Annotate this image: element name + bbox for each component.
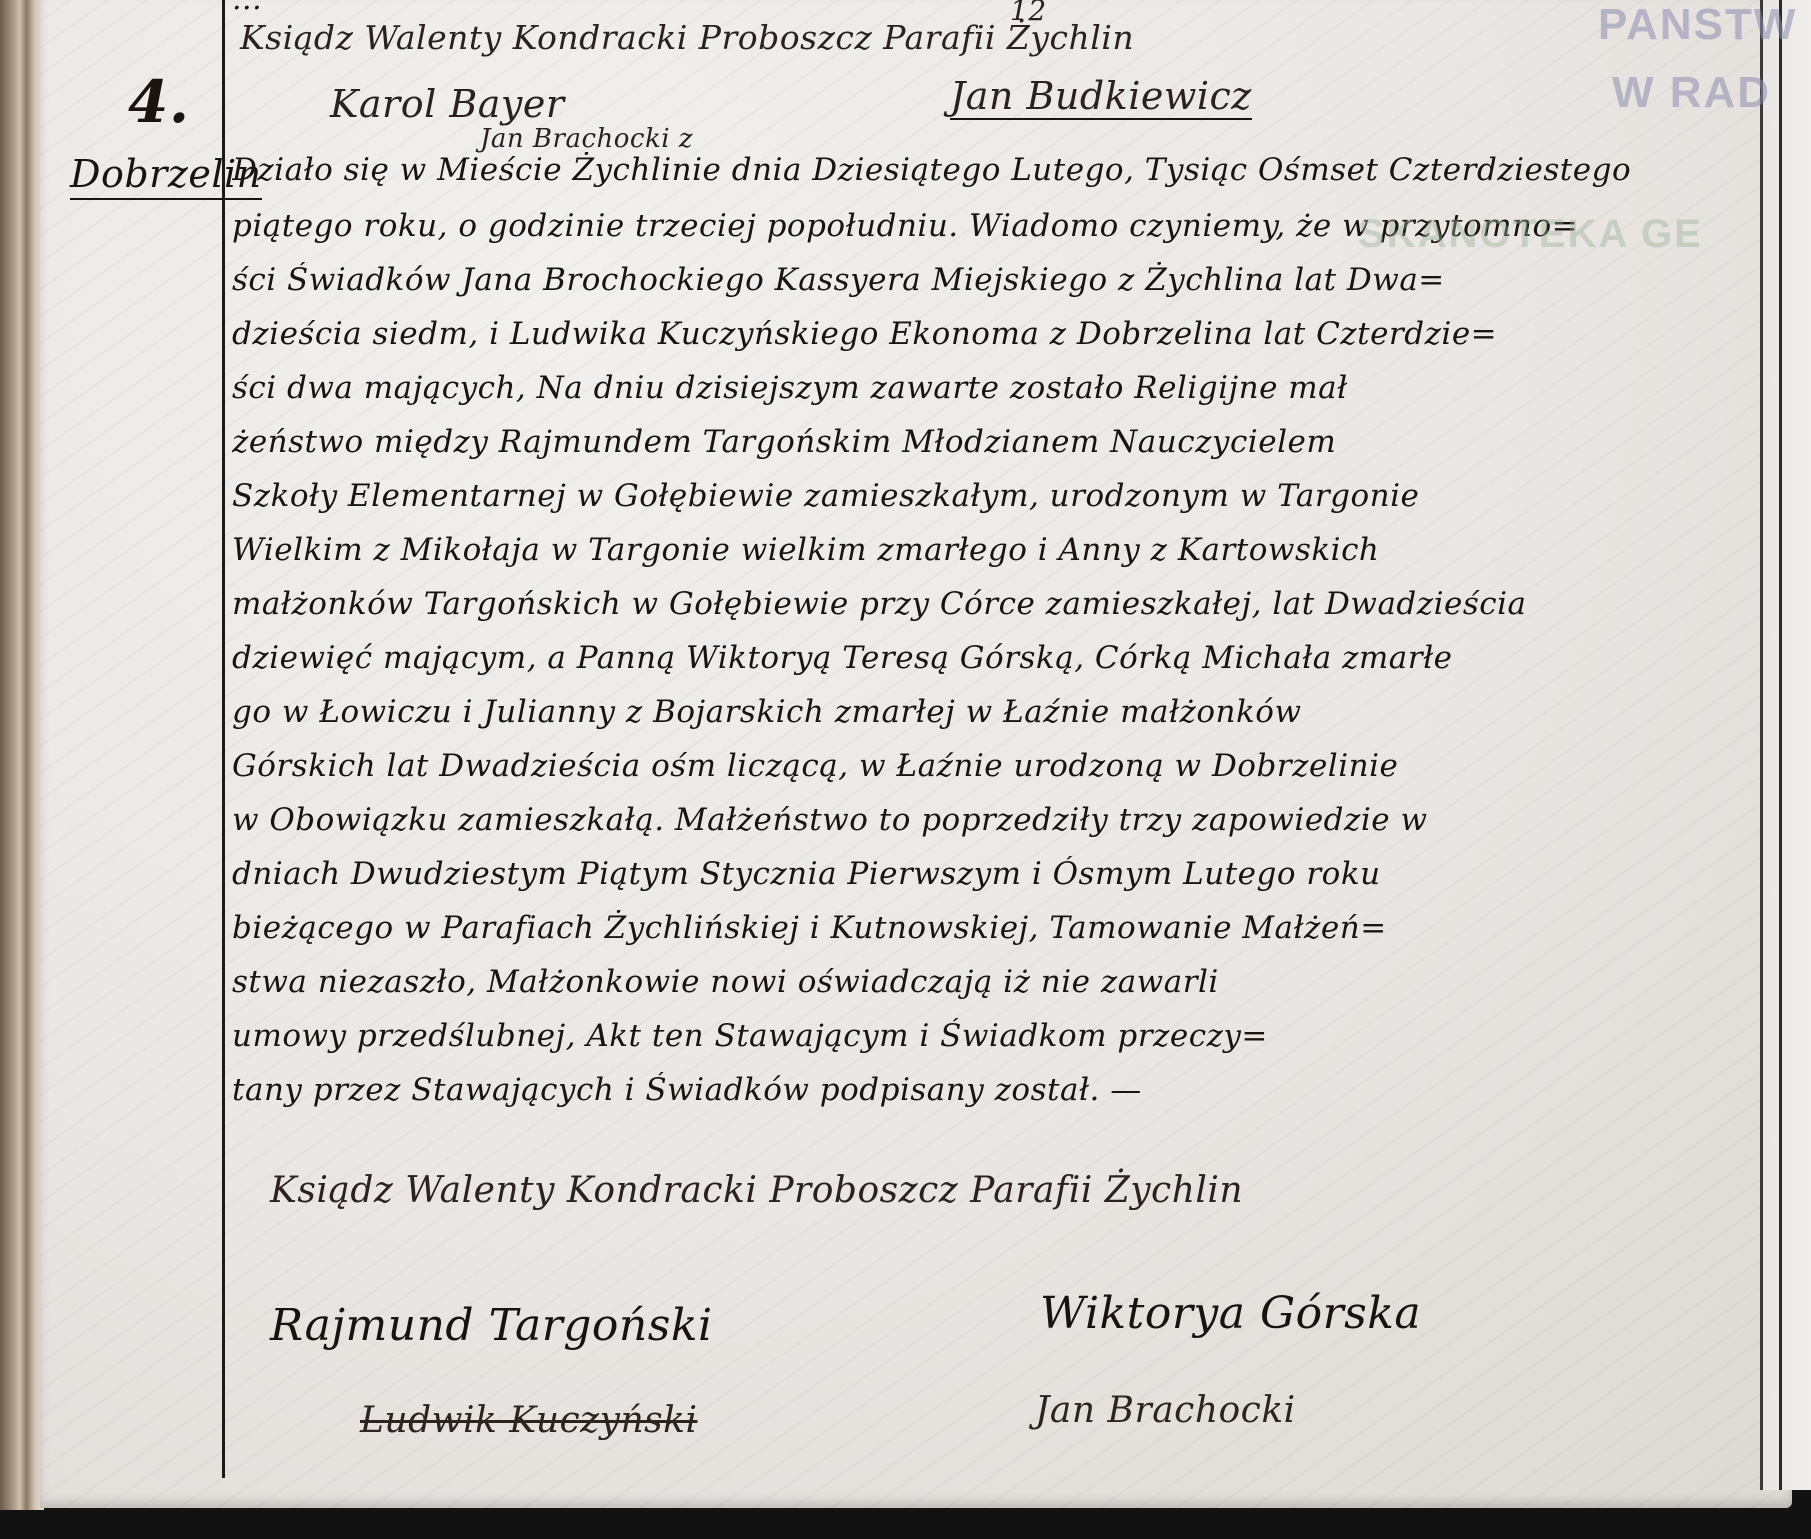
next-page-edge (1760, 0, 1811, 1490)
body-line: dniach Dwudziestym Piątym Stycznia Pierw… (232, 856, 1752, 892)
priest-signature: Ksiądz Walenty Kondracki Proboszcz Paraf… (270, 1170, 1243, 1211)
body-line: dzieścia siedm, i Ludwika Kuczyńskiego E… (232, 316, 1752, 352)
interlinear-insertion: Jan Brachocki z (480, 124, 693, 154)
body-line: ści Świadków Jana Brochockiego Kassyera … (232, 262, 1752, 298)
previous-act-witness-signature-1: Karol Bayer (330, 82, 565, 126)
witness-jan-signature: Jan Brachocki (1035, 1390, 1296, 1431)
page-number-fragment: 12 (1010, 0, 1047, 27)
previous-act-witness-signature-2: Jan Budkiewicz (950, 74, 1252, 120)
body-line: Górskich lat Dwadzieścia ośm liczącą, w … (232, 748, 1752, 784)
archive-watermark-line-2: W RAD (1612, 68, 1771, 118)
body-line: umowy przedślubnej, Akt ten Stawającym i… (232, 1018, 1752, 1054)
body-line: bieżącego w Parafiach Żychlińskiej i Kut… (232, 910, 1752, 946)
previous-act-priest-signature: Ksiądz Walenty Kondracki Proboszcz Paraf… (240, 18, 1134, 57)
scanned-register-page: ... Ksiądz Walenty Kondracki Proboszcz P… (0, 0, 1811, 1539)
body-line: Działo się w Mieście Żychlinie dnia Dzie… (232, 152, 1752, 188)
groom-signature: Rajmund Targoński (270, 1300, 713, 1351)
body-line: dziewięć mającym, a Panną Wiktoryą Teres… (232, 640, 1752, 676)
body-line: stwa niezaszło, Małżonkowie nowi oświadc… (232, 964, 1752, 1000)
body-line: Szkoły Elementarnej w Gołębiewie zamiesz… (232, 478, 1752, 514)
body-line: go w Łowiczu i Julianny z Bojarskich zma… (232, 694, 1752, 730)
margin-ruling-line (222, 0, 225, 1478)
body-line: małżonków Targońskich w Gołębiewie przy … (232, 586, 1752, 622)
book-binding-gutter (0, 0, 44, 1510)
act-number: 4. (128, 68, 190, 136)
archive-watermark-line-1: PANSTW (1598, 0, 1797, 50)
body-line: tany przez Stawających i Świadków podpis… (232, 1072, 1752, 1108)
body-line: Wielkim z Mikołaja w Targonie wielkim zm… (232, 532, 1752, 568)
right-ruling-line (1779, 0, 1782, 1490)
body-line: żeństwo między Rajmundem Targońskim Młod… (232, 424, 1752, 460)
skanoteka-watermark: SKANOTEKA GE (1358, 212, 1703, 257)
body-line: ści dwa mających, Na dniu dzisiejszym za… (232, 370, 1752, 406)
bride-signature: Wiktorya Górska (1040, 1288, 1421, 1339)
witness-ludwik-signature: Ludwik Kuczyński (360, 1400, 697, 1441)
cropped-previous-text: ... (232, 0, 262, 17)
body-line: w Obowiązku zamieszkałą. Małżeństwo to p… (232, 802, 1752, 838)
